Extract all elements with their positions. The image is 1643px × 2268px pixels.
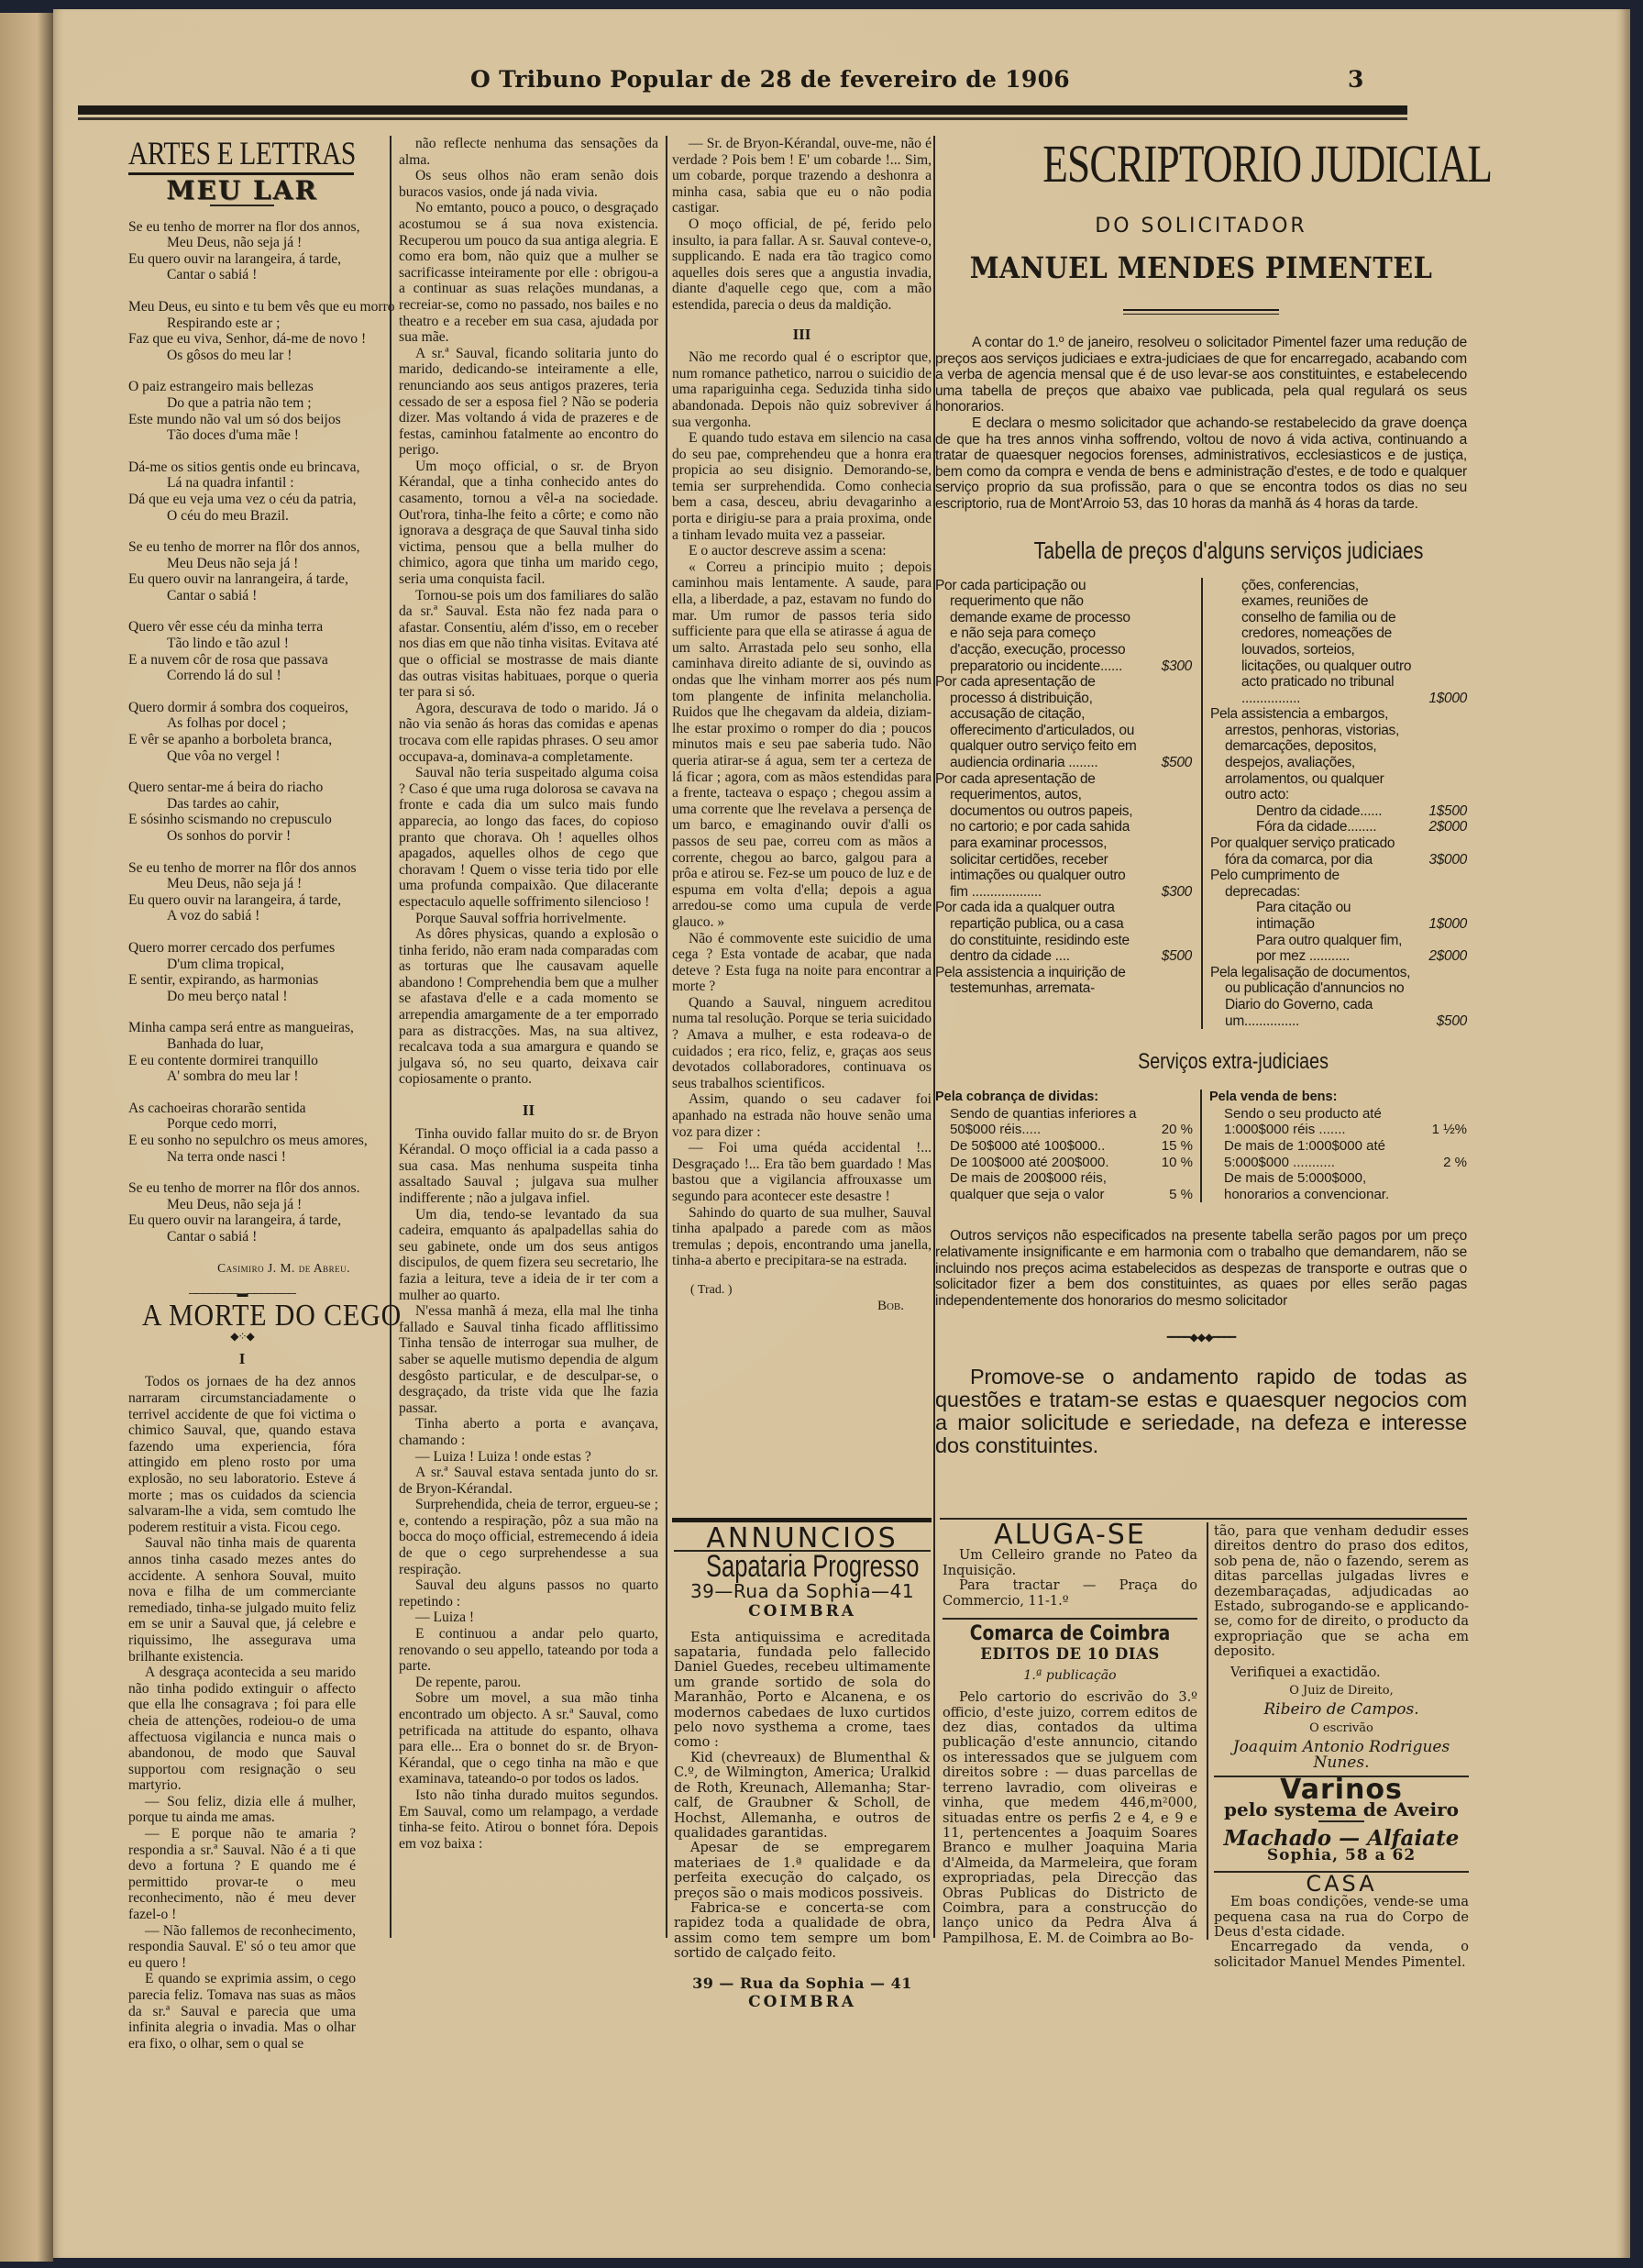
price-description: Pela assistencia a inquirição de testemu… — [935, 965, 1137, 997]
poem-line: As cachoeiras chorarão sentida — [128, 1101, 356, 1117]
price-row: Sendo o seu producto até 1:000$000 réis … — [1209, 1106, 1467, 1138]
price-row: De mais de 200$000 réis, qualquer que se… — [935, 1170, 1193, 1202]
comarca-text: Pelo cartorio do escrivão do 3.º officio… — [943, 1690, 1197, 1946]
comarca-title: Comarca de Coimbra — [962, 1627, 1178, 1642]
poem-line: A' sombra do meu lar ! — [128, 1068, 356, 1085]
poem-line: O céu do meu Brazil. — [128, 508, 356, 525]
paragraph: Tinha ouvido fallar muito do sr. de Bryo… — [399, 1126, 658, 1207]
casa-line: Em boas condições, vende-se uma pequena … — [1214, 1895, 1469, 1940]
poem-line: D'um clima tropical, — [128, 957, 356, 973]
story-body: Tinha ouvido fallar muito do sr. de Bryo… — [399, 1126, 658, 1853]
part-number: II — [399, 1102, 658, 1119]
poem-line: E sósinho scismando no crepusculo — [128, 812, 356, 828]
paragraph: — Não fallemos de reconhecimento, respon… — [128, 1923, 356, 1972]
column-3: — Sr. de Bryon-Kérandal, ouve-me, não é … — [672, 136, 932, 1314]
price-row: Por cada ida a qualquer outra repartição… — [935, 900, 1192, 964]
poem-line: Eu quero ouvir na lanrangeira, á tarde, — [128, 571, 356, 588]
price-row: Pela legalisação de documentos, ou publi… — [1210, 965, 1467, 1029]
ads-heading: ANNUNCIOS — [674, 1532, 931, 1546]
clerk-name: Joaquim Antonio Rodrigues Nunes. — [1214, 1740, 1469, 1770]
price-value: 1$500 — [1412, 803, 1467, 820]
price-description: Por cada apresentação de requerimentos, … — [935, 771, 1137, 901]
poem-stanza: Se eu tenho de morrer na flôr dos annos.… — [128, 1180, 356, 1245]
poem-body: Se eu tenho de morrer na flor dos annos,… — [128, 219, 356, 1245]
price-description: Sendo o seu producto até 1:000$000 réis … — [1209, 1106, 1425, 1138]
poem-line: Tão doces d'uma mãe ! — [128, 427, 356, 444]
header-rule — [78, 105, 1407, 115]
section-title: ARTES E LETTRAS — [128, 136, 354, 175]
price-table-title: Tabella de preços d'alguns serviços judi… — [1033, 537, 1424, 565]
varinos-title: Varinos — [1214, 1783, 1469, 1798]
poem-stanza: Minha campa será entre as mangueiras,Ban… — [128, 1020, 356, 1084]
note-text: Outros serviços não especificados na pre… — [935, 1228, 1467, 1309]
ad-aluga-comarca: ALUGA-SE Um Celleiro grande no Pateo da … — [943, 1524, 1197, 1946]
ej-intro: A contar do 1.º de janeiro, resolveu o s… — [935, 335, 1467, 513]
paragraph: não reflecte nenhuma das sensações da al… — [399, 136, 658, 168]
price-description: Por cada ida a qualquer outra repartição… — [935, 900, 1137, 964]
price-description: Por qualquer serviço praticado fóra da c… — [1210, 835, 1412, 868]
aluga-title: ALUGA-SE — [943, 1528, 1197, 1543]
aluga-line: Para tractar — Praça do Commercio, 11-1.… — [943, 1578, 1197, 1609]
paragraph: N'essa manhã á meza, ella mal lhe tinha … — [399, 1303, 658, 1416]
comarca-text-cont: tão, para que venham dedudir esses direi… — [1214, 1524, 1469, 1660]
price-table-right: ções, conferencias, exames, reuniões de … — [1203, 578, 1467, 1030]
poem-line: Do meu berço natal ! — [128, 989, 356, 1005]
other-services-note: Outros serviços não especificados na pre… — [935, 1228, 1467, 1309]
paragraph: « Correu a principio muito ; depois cami… — [672, 559, 932, 931]
column-rule — [390, 136, 391, 1938]
paragraph: Não me recordo qual é o escriptor que, n… — [672, 349, 932, 430]
shop-footer-address: 39 — Rua da Sophia — 41 — [674, 1976, 931, 1991]
poem-line: Das tardes ao cahir, — [128, 796, 356, 813]
paragraph: E o auctor descreve assim a scena: — [672, 543, 932, 559]
masthead: O Tribuno Popular de 28 de fevereiro de … — [78, 66, 1462, 93]
casa-title: CASA — [1214, 1876, 1469, 1891]
verified-line: Verifiquei a exactidão. — [1214, 1665, 1469, 1680]
poem-title: MEU LAR — [128, 183, 356, 199]
price-row: Por qualquer serviço praticado fóra da c… — [1210, 835, 1467, 868]
paragraph: Assim, quando o seu cadaver foi apanhado… — [672, 1091, 932, 1140]
price-description: Fóra da cidade........ — [1210, 819, 1412, 835]
paragraph: — Luiza ! — [399, 1610, 658, 1626]
price-value: 1 ½% — [1425, 1122, 1467, 1138]
price-description: De mais de 200$000 réis, qualquer que se… — [935, 1170, 1151, 1202]
price-description: De mais de 1:000$000 até 5:000$000 .....… — [1209, 1138, 1425, 1170]
poem-line: E a nuvem côr de rosa que passava — [128, 652, 356, 669]
poem-stanza: Quero sentar-me á beira do riachoDas tar… — [128, 780, 356, 844]
paragraph: Apesar de se empregarem materiaes de 1.ª… — [674, 1841, 931, 1901]
price-value: $300 — [1137, 658, 1192, 675]
column-rule — [666, 136, 667, 1938]
poem-stanza: Se eu tenho de morrer na flôr dos annosM… — [128, 860, 356, 924]
paragraph: Porque Sauval soffria horrivelmente. — [399, 911, 658, 927]
poem-line: Se eu tenho de morrer na flôr dos annos, — [128, 539, 356, 556]
shop-city: COIMBRA — [674, 1604, 931, 1619]
story-body: Não me recordo qual é o escriptor que, n… — [672, 349, 932, 1269]
price-row: Para citação ou intimação1$000 — [1210, 900, 1467, 932]
poem-line: Lá na quadra infantil : — [128, 475, 356, 492]
extra-table-right: Pela venda de bens: Sendo o seu producto… — [1202, 1090, 1467, 1202]
price-row: Por cada participação ou requerimento qu… — [935, 578, 1192, 675]
paragraph: Isto não tinha durado muitos segundos. E… — [399, 1787, 658, 1852]
poem-line: Faz que eu viva, Senhor, dá-me de novo ! — [128, 331, 356, 348]
poem-line: Cantar o sabiá ! — [128, 267, 356, 283]
extra-heading: Pela cobrança de dividas: — [935, 1090, 1193, 1106]
paragraph: A sr.ª Sauval, ficando solitaria junto d… — [399, 346, 658, 459]
paragraph: Quando a Sauval, ninguem acreditou numa … — [672, 995, 932, 1092]
price-value: 20 % — [1151, 1122, 1193, 1138]
poem-line: Banhada do luar, — [128, 1036, 356, 1053]
story-title: A MORTE DO CEGO — [142, 1308, 342, 1324]
price-table: Por cada participação ou requerimento qu… — [935, 578, 1467, 1030]
part-number: III — [672, 326, 932, 343]
paragraph: Os seus olhos não eram senão dois buraco… — [399, 168, 658, 200]
tailor-name: Machado — Alfaiate — [1214, 1831, 1469, 1846]
price-row: De mais de 5:000$000, honorarios a conve… — [1209, 1170, 1467, 1202]
header-rule-thin — [78, 117, 1407, 120]
poem-line: Os sonhos do porvir ! — [128, 828, 356, 845]
poem-line: Quero sentar-me á beira do riacho — [128, 780, 356, 796]
poem-line: Dá que eu veja uma vez o céu da patria, — [128, 492, 356, 508]
price-row: Pelo cumprimento de deprecadas: — [1210, 868, 1467, 900]
price-value: 1$000 — [1412, 916, 1467, 933]
page-number: 3 — [1348, 66, 1363, 93]
poem-line: Que vôa no vergel ! — [128, 748, 356, 765]
poem-line: Eu quero ouvir na larangeira, á tarde, — [128, 1212, 356, 1229]
poem-line: Os gôsos do meu lar ! — [128, 348, 356, 364]
price-value: 15 % — [1151, 1138, 1193, 1155]
poem-line: Correndo lá do sul ! — [128, 668, 356, 684]
poem-stanza: Se eu tenho de morrer na flôr dos annos,… — [128, 539, 356, 603]
poem-stanza: O paiz estrangeiro mais bellezasDo que a… — [128, 379, 356, 443]
poem-line: Minha campa será entre as mangueiras, — [128, 1020, 356, 1036]
price-row: Pela assistencia a embargos, arrestos, p… — [1210, 706, 1467, 803]
poem-stanza: Quero dormir á sombra dos coqueiros,As f… — [128, 700, 356, 764]
paragraph: Sauval deu alguns passos no quarto repet… — [399, 1577, 658, 1610]
poem-line: Cantar o sabiá ! — [128, 588, 356, 604]
divider — [1123, 309, 1279, 315]
editos-subtitle: EDITOS DE 10 DIAS — [943, 1647, 1197, 1662]
judge-label: O Juiz de Direito, — [1214, 1684, 1469, 1698]
aluga-line: Um Celleiro grande no Pateo da Inquisiçã… — [943, 1548, 1197, 1578]
extra-heading: Pela venda de bens: — [1209, 1090, 1467, 1106]
price-description: De 50$000 até 100$000.. — [935, 1138, 1151, 1155]
paragraph: Um moço official, o sr. de Bryon Kéranda… — [399, 459, 658, 588]
story-body: não reflecte nenhuma das sensações da al… — [399, 136, 658, 1088]
price-row: Para outro qualquer fim, por mez .......… — [1210, 933, 1467, 965]
poem-line: Respirando este ar ; — [128, 315, 356, 332]
poem-line: E eu contente dormirei tranquillo — [128, 1053, 356, 1069]
story-author: Bob. — [672, 1299, 932, 1315]
paragraph: A desgraça acontecida a seu marido não t… — [128, 1665, 356, 1794]
price-value: $500 — [1137, 755, 1192, 771]
poem-line: E eu sonho no sepulchro os meus amores, — [128, 1133, 356, 1149]
column-2: não reflecte nenhuma das sensações da al… — [399, 136, 658, 1852]
extra-table-left: Pela cobrança de dividas: Sendo de quant… — [935, 1090, 1202, 1202]
poem-stanza: Meu Deus, eu sinto e tu bem vês que eu m… — [128, 299, 356, 363]
paragraph: — E porque não te amaria ? respondia a s… — [128, 1826, 356, 1923]
poem-line: Se eu tenho de morrer na flôr dos annos — [128, 860, 356, 877]
price-row: Por cada apresentação de processo á dist… — [935, 674, 1192, 771]
paragraph: Todos os jornaes de ha dez annos narrara… — [128, 1374, 356, 1535]
ej-name: MANUEL MENDES PIMENTEL — [962, 250, 1440, 285]
poem-line: Porque cedo morri, — [128, 1116, 356, 1133]
poem-line: O paiz estrangeiro mais bellezas — [128, 379, 356, 395]
price-value: $500 — [1412, 1013, 1467, 1030]
poem-line: Quero vêr esse céu da minha terra — [128, 619, 356, 636]
price-value: 3$000 — [1412, 852, 1467, 868]
poem-line: Quero morrer cercado dos perfumes — [128, 940, 356, 957]
casa-line: Encarregado da venda, o solicitador Manu… — [1214, 1940, 1469, 1970]
shop-footer-city: COIMBRA — [674, 1995, 931, 2009]
price-value: 2 % — [1425, 1155, 1467, 1171]
price-description: Dentro da cidade...... — [1210, 803, 1412, 820]
promove-notice: Promove-se o andamento rapido de todas a… — [935, 1366, 1467, 1457]
poem-line: Dá-me os sitios gentis onde eu brincava, — [128, 459, 356, 476]
poem-stanza: As cachoeiras chorarão sentidaPorque ced… — [128, 1101, 356, 1165]
paragraph: Surprehendida, cheia de terror, ergueu-s… — [399, 1497, 658, 1577]
price-description: Por cada apresentação de processo á dist… — [935, 674, 1137, 771]
column-1: ARTES E LETTRAS MEU LAR Se eu tenho de m… — [128, 136, 356, 2052]
price-description: Por cada participação ou requerimento qu… — [935, 578, 1137, 675]
poem-line: Eu quero ouvir na larangeira, á tarde, — [128, 892, 356, 909]
paragraph: Sauval não teria suspeitado alguma coisa… — [399, 765, 658, 910]
ej-subtitle: DO SOLICITADOR — [935, 215, 1467, 238]
ad-right-stack: tão, para que venham dedudir esses direi… — [1214, 1524, 1469, 1970]
paragraph: Tornou-se pois um dos familiares do salã… — [399, 588, 658, 701]
price-description: De mais de 5:000$000, honorarios a conve… — [1209, 1170, 1425, 1202]
poem-line: Meu Deus, não seja já ! — [128, 876, 356, 892]
translation-note: ( Trad. ) — [672, 1282, 932, 1299]
paragraph: E quando se exprimia assim, o cego parec… — [128, 1971, 356, 2052]
paragraph: Esta antiquissima e acreditada sapataria… — [674, 1631, 931, 1751]
price-description: Pela legalisação de documentos, ou publi… — [1210, 965, 1412, 1029]
poem-line: Meu Deus não seja já ! — [128, 556, 356, 572]
price-row: Sendo de quantias inferiores a 50$000 ré… — [935, 1106, 1193, 1138]
price-table-left: Por cada participação ou requerimento qu… — [935, 578, 1203, 1030]
ad-sapataria: ANNUNCIOS Sapataria Progresso 39—Rua da … — [674, 1530, 931, 2020]
book-spine — [0, 13, 53, 2262]
ad-body: Esta antiquissima e acreditada sapataria… — [674, 1631, 931, 1962]
price-description: Pelo cumprimento de deprecadas: — [1210, 868, 1412, 900]
poem-line: As folhas por docel ; — [128, 715, 356, 732]
price-row: Dentro da cidade......1$500 — [1210, 803, 1467, 820]
price-description: Para outro qualquer fim, por mez .......… — [1210, 933, 1412, 965]
paragraph: — Sou feliz, dizia elle á mulher, porque… — [128, 1794, 356, 1826]
poem-line: Meu Deus, não seja já ! — [128, 1197, 356, 1213]
part-number: I — [128, 1351, 356, 1367]
poem-stanza: Dá-me os sitios gentis onde eu brincava,… — [128, 459, 356, 524]
paragraph: Kid (chevreaux) de Blumenthal & C.º, de … — [674, 1751, 931, 1841]
price-row: Fóra da cidade........2$000 — [1210, 819, 1467, 835]
poem-line: E vêr se apanho a borboleta branca, — [128, 732, 356, 748]
varinos-subtitle: pelo systema de Aveiro — [1214, 1802, 1469, 1817]
paragraph: No emtanto, pouco a pouco, o desgraçado … — [399, 200, 658, 345]
paragraph: Agora, descurava de todo o marido. Já o … — [399, 701, 658, 765]
story-body: Todos os jornaes de ha dez annos narrara… — [128, 1374, 356, 2052]
poem-stanza: Quero vêr esse céu da minha terraTão lin… — [128, 619, 356, 683]
publication-number: 1.ª publicação — [943, 1668, 1197, 1683]
intro-paragraph: E declara o mesmo solicitador que achand… — [935, 415, 1467, 513]
poem-author: Casimiro J. M. de Abreu. — [128, 1260, 350, 1277]
paragraph: Não é commovente este suicidio de uma ce… — [672, 931, 932, 995]
poem-line: Quero dormir á sombra dos coqueiros, — [128, 700, 356, 716]
story-body: — Sr. de Bryon-Kérandal, ouve-me, não é … — [672, 136, 932, 314]
price-row: De mais de 1:000$000 até 5:000$000 .....… — [1209, 1138, 1467, 1170]
poem-stanza: Quero morrer cercado dos perfumesD'um cl… — [128, 940, 356, 1004]
price-row: Pela assistencia a inquirição de testemu… — [935, 965, 1192, 997]
paragraph: Fabrica-se e concerta-se com rapidez tod… — [674, 1901, 931, 1962]
poem-line: Se eu tenho de morrer na flor dos annos, — [128, 219, 356, 236]
promove-text: Promove-se o andamento rapido de todas a… — [935, 1366, 1467, 1457]
poem-line: Na terra onde nasci ! — [128, 1149, 356, 1166]
price-description: Para citação ou intimação — [1210, 900, 1412, 932]
paragraph: E continuou a andar pelo quarto, renovan… — [399, 1626, 658, 1675]
poem-line: Do que a patria não tem ; — [128, 395, 356, 412]
ej-title: ESCRIPTORIO JUDICIAL — [1042, 136, 1415, 193]
price-value: 2$000 — [1412, 819, 1467, 835]
price-description: De 100$000 até 200$000. — [935, 1155, 1151, 1171]
price-value: 10 % — [1151, 1155, 1193, 1171]
paragraph: — Foi uma quéda accidental !... Desgraça… — [672, 1140, 932, 1204]
price-value: 5 % — [1151, 1187, 1193, 1203]
paragraph: As dôres physicas, quando a explosão o t… — [399, 926, 658, 1088]
poem-line: Meu Deus, não seja já ! — [128, 235, 356, 251]
paragraph: Sauval não tinha mais de quarenta annos … — [128, 1535, 356, 1665]
poem-line: A voz do sabiá ! — [128, 908, 356, 924]
paragraph: A sr.ª Sauval estava sentada junto do sr… — [399, 1465, 658, 1497]
escriptorio-judicial-ad: ESCRIPTORIO JUDICIAL DO SOLICITADOR MANU… — [935, 136, 1467, 1457]
paragraph: E quando tudo estava em silencio na casa… — [672, 430, 932, 543]
price-row: Por cada apresentação de requerimentos, … — [935, 771, 1192, 901]
price-description: Pela assistencia a embargos, arrestos, p… — [1210, 706, 1412, 803]
column-rule — [1207, 1522, 1208, 1940]
extra-title: Serviços extra-judiciaes — [1042, 1049, 1425, 1075]
price-row: ções, conferencias, exames, reuniões de … — [1210, 578, 1467, 707]
poem-line: Eu quero ouvir na larangeira, á tarde, — [128, 251, 356, 268]
price-row: De 50$000 até 100$000..15 % — [935, 1138, 1193, 1155]
paragraph: Tinha aberto a porta e avançava, chamand… — [399, 1416, 658, 1448]
price-description: Sendo de quantias inferiores a 50$000 ré… — [935, 1106, 1151, 1138]
intro-paragraph: A contar do 1.º de janeiro, resolveu o s… — [935, 335, 1467, 415]
clerk-label: O escrivão — [1214, 1721, 1469, 1736]
paragraph: — Luiza ! Luiza ! onde estas ? — [399, 1449, 658, 1466]
price-value: 2$000 — [1412, 948, 1467, 965]
poem-line: Cantar o sabiá ! — [128, 1229, 356, 1245]
shop-address: 39—Rua da Sophia—41 — [674, 1584, 931, 1599]
price-row: De 100$000 até 200$000.10 % — [935, 1155, 1193, 1171]
judge-name: Ribeiro de Campos. — [1214, 1702, 1469, 1717]
paragraph: Sobre um movel, a sua mão tinha encontra… — [399, 1690, 658, 1787]
price-description: ções, conferencias, exames, reuniões de … — [1210, 578, 1412, 707]
price-value: $500 — [1137, 948, 1192, 965]
ornament-divider: ━━━━◆◆◆━━━━ — [935, 1331, 1467, 1344]
poem-line: Se eu tenho de morrer na flôr dos annos. — [128, 1180, 356, 1197]
paragraph: De repente, parou. — [399, 1675, 658, 1691]
poem-stanza: Se eu tenho de morrer na flor dos annos,… — [128, 219, 356, 283]
price-value: 1$000 — [1412, 691, 1467, 707]
poem-line: Tão lindo e tão azul ! — [128, 636, 356, 652]
extra-table: Pela cobrança de dividas: Sendo de quant… — [935, 1090, 1467, 1202]
paragraph: Um dia, tendo-se levantado da sua cadeir… — [399, 1207, 658, 1304]
paragraph: Sahindo do quarto de sua mulher, Sauval … — [672, 1205, 932, 1269]
price-value: $300 — [1137, 884, 1192, 901]
shop-name: Sapataria Progresso — [706, 1559, 899, 1574]
poem-line: Meu Deus, eu sinto e tu bem vês que eu m… — [128, 299, 356, 315]
poem-line: Este mundo não val um só dos beijos — [128, 412, 356, 428]
poem-line: E sentir, expirando, as harmonias — [128, 972, 356, 989]
paragraph: O moço official, de pé, ferido pelo insu… — [672, 216, 932, 314]
paragraph: — Sr. de Bryon-Kérandal, ouve-me, não é … — [672, 136, 932, 216]
